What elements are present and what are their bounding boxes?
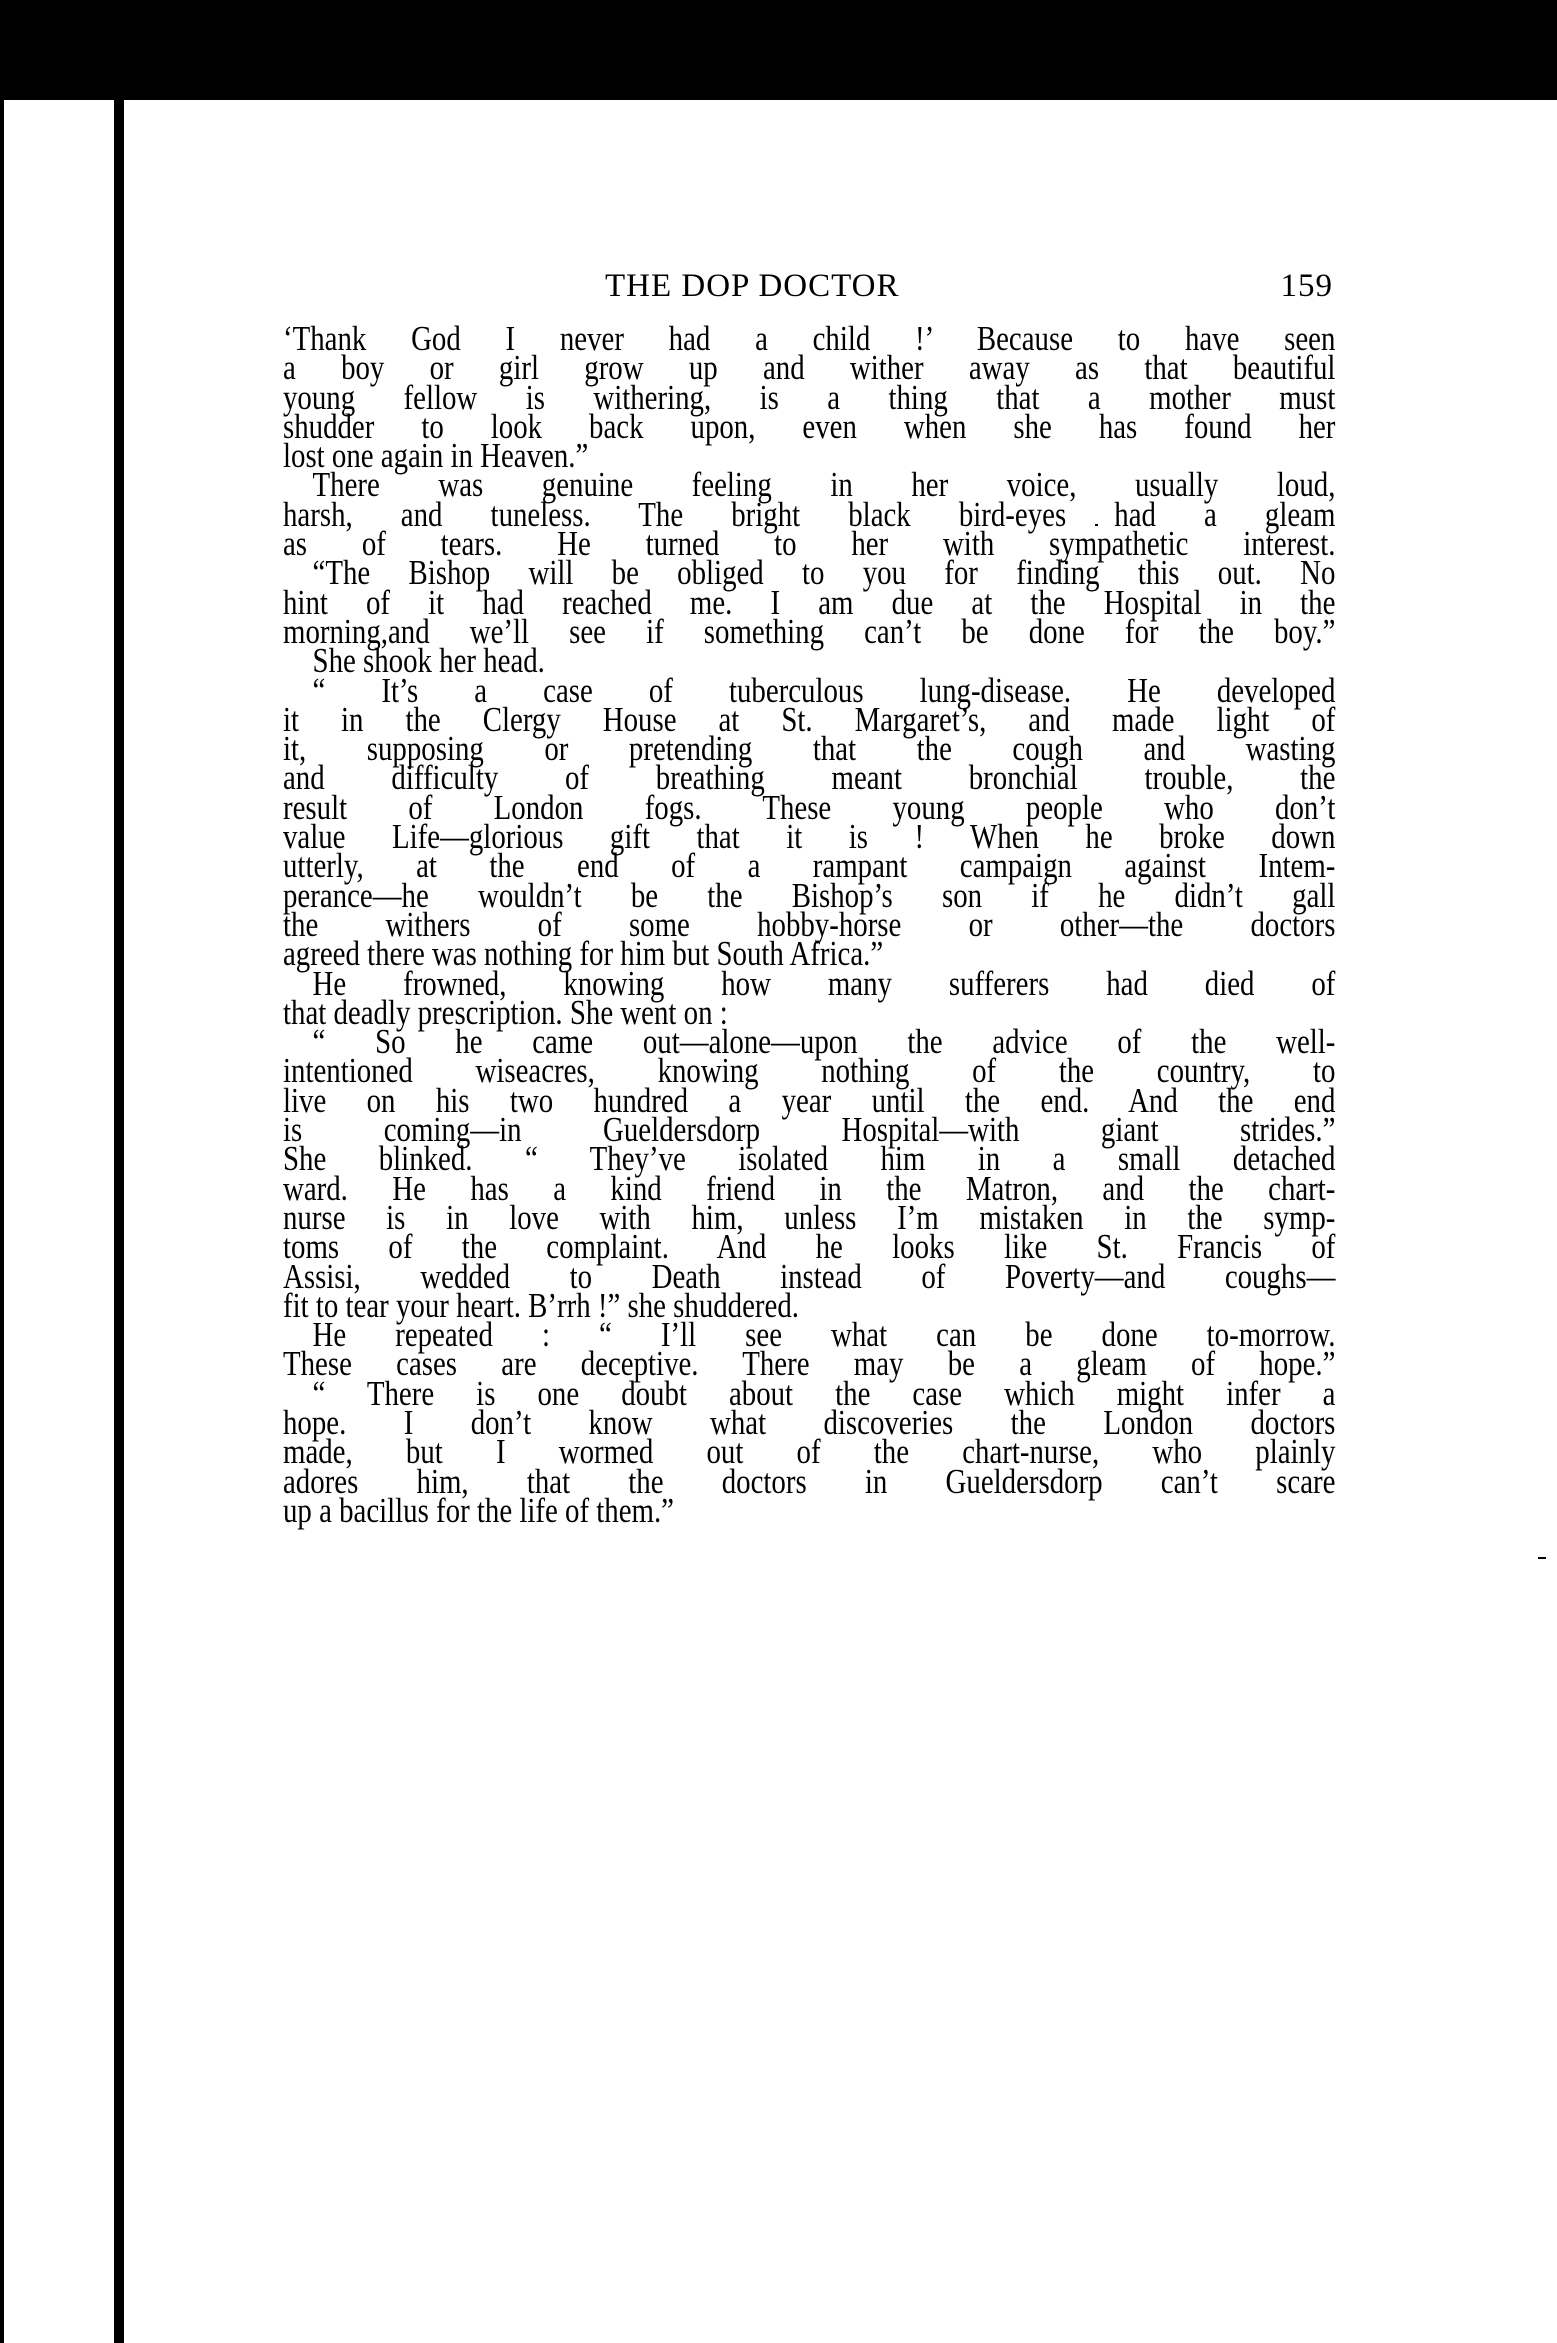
scan-speck — [1538, 1557, 1546, 1559]
book-page: THE DOP DOCTOR 159 ‘Thank God I never ha… — [283, 268, 1335, 1525]
paragraph: “ So he came out—alone—upon the advice o… — [283, 1027, 1335, 1320]
paragraph: He repeated : “ I’ll see what can be don… — [283, 1320, 1335, 1379]
book-binding-gutter — [114, 100, 124, 2343]
paragraph: “ It’s a case of tuberculous lung-diseas… — [283, 676, 1335, 969]
running-head-title: THE DOP DOCTOR — [605, 268, 900, 305]
scan-left-edge — [0, 100, 4, 2343]
page-number: 159 — [1281, 268, 1334, 305]
body-text: ‘Thank God I never had a child !’ Becaus… — [283, 324, 1335, 1525]
paragraph: There was genuine feeling in her voice, … — [283, 470, 1335, 558]
text-line: up a bacillus for the life of them.” — [283, 1496, 1335, 1525]
paragraph: ‘Thank God I never had a child !’ Becaus… — [283, 324, 1335, 470]
running-head: THE DOP DOCTOR 159 — [283, 268, 1335, 318]
paragraph: “ There is one doubt about the case whic… — [283, 1379, 1335, 1525]
paragraph: He frowned, knowing how many sufferers h… — [283, 969, 1335, 1028]
scan-top-border — [0, 0, 1557, 100]
paragraph: “The Bishop will be obliged to you for f… — [283, 558, 1335, 646]
